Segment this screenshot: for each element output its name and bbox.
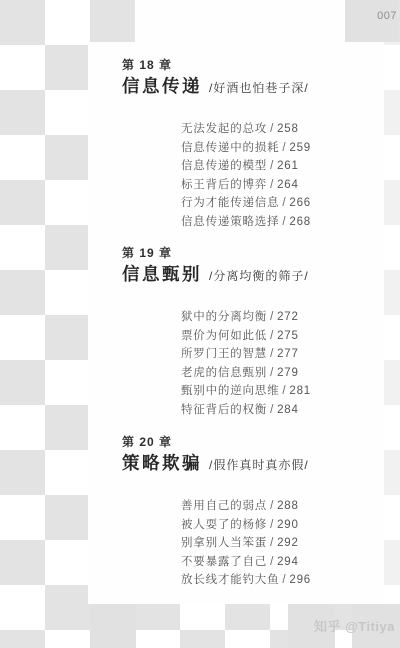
checker-square xyxy=(90,604,136,648)
toc-item-separator: / xyxy=(270,311,274,323)
toc-item: 狱中的分离均衡/272 xyxy=(181,308,311,327)
toc-item-title: 无法发起的总攻 xyxy=(181,123,267,135)
toc-item: 善用自己的弱点/288 xyxy=(181,497,311,516)
toc-item: 甄别中的逆向思维/281 xyxy=(181,382,311,401)
toc-item-title: 放长线才能钓大鱼 xyxy=(181,574,279,586)
toc-item-separator: / xyxy=(282,197,286,209)
toc-item-separator: / xyxy=(270,537,274,549)
chapter-subtitle: /分离均衡的筛子/ xyxy=(209,269,309,283)
toc-item: 票价为何如此低/275 xyxy=(181,327,311,346)
toc-item: 无法发起的总攻/258 xyxy=(181,120,311,139)
chapter-title: 信息传递 xyxy=(122,76,202,96)
watermark: 知乎 @Titiya xyxy=(314,616,395,635)
toc-item-page: 290 xyxy=(277,519,299,531)
toc-item-title: 行为才能传递信息 xyxy=(181,197,279,209)
toc-item-page: 258 xyxy=(277,123,299,135)
toc-item-separator: / xyxy=(270,160,274,172)
toc-item-page: 268 xyxy=(289,216,311,228)
toc-item-page: 288 xyxy=(277,500,299,512)
toc-item: 行为才能传递信息/266 xyxy=(181,194,311,213)
toc-item-separator: / xyxy=(282,142,286,154)
toc-item-list: 善用自己的弱点/288 被人耍了的杨修/290 别拿别人当笨蛋/292 不要暴露… xyxy=(181,497,311,590)
toc-item-separator: / xyxy=(270,123,274,135)
toc-item-separator: / xyxy=(270,179,274,191)
page-number: 007 xyxy=(377,10,397,22)
toc-item: 被人耍了的杨修/290 xyxy=(181,516,311,535)
toc-item-title: 被人耍了的杨修 xyxy=(181,519,267,531)
toc-item-title: 特征背后的权衡 xyxy=(181,404,267,416)
toc-item: 标王背后的博弈/264 xyxy=(181,176,311,195)
chapter-number: 第 20 章 xyxy=(122,435,311,449)
chapter-number: 第 18 章 xyxy=(122,58,311,72)
chapter-title-row: 策略欺骗/假作真时真亦假/ xyxy=(122,452,311,476)
toc-item: 信息传递的模型/261 xyxy=(181,157,311,176)
toc-item-title: 不要暴露了自己 xyxy=(181,556,267,568)
toc-item-title: 狱中的分离均衡 xyxy=(181,311,267,323)
right-edge-fade xyxy=(384,42,400,604)
toc-item: 特征背后的权衡/284 xyxy=(181,401,311,420)
toc-item-separator: / xyxy=(282,574,286,586)
toc-item-separator: / xyxy=(270,348,274,360)
toc-item-page: 266 xyxy=(289,197,311,209)
toc-item-title: 别拿别人当笨蛋 xyxy=(181,537,267,549)
toc-item-title: 善用自己的弱点 xyxy=(181,500,267,512)
toc-item-separator: / xyxy=(270,556,274,568)
toc-item-page: 281 xyxy=(289,385,311,397)
toc-item: 不要暴露了自己/294 xyxy=(181,553,311,572)
toc-item: 放长线才能钓大鱼/296 xyxy=(181,571,311,590)
toc-item-title: 所罗门王的智慧 xyxy=(181,348,267,360)
toc-item: 信息传递中的损耗/259 xyxy=(181,139,311,158)
toc-item-page: 284 xyxy=(277,404,299,416)
toc-item-title: 票价为何如此低 xyxy=(181,330,267,342)
toc-item-page: 292 xyxy=(277,537,299,549)
toc-item-separator: / xyxy=(270,330,274,342)
toc-item-separator: / xyxy=(282,385,286,397)
chapter-title-row: 信息甄别/分离均衡的筛子/ xyxy=(122,263,311,287)
chapter-section-20: 第 20 章 策略欺骗/假作真时真亦假/ 善用自己的弱点/288 被人耍了的杨修… xyxy=(122,435,311,590)
toc-item-title: 信息传递中的损耗 xyxy=(181,142,279,154)
toc-item-page: 264 xyxy=(277,179,299,191)
toc-item-page: 275 xyxy=(277,330,299,342)
toc-item: 老虎的信息甄别/279 xyxy=(181,364,311,383)
toc-item-page: 279 xyxy=(277,367,299,379)
toc-item: 别拿别人当笨蛋/292 xyxy=(181,534,311,553)
toc-item-page: 277 xyxy=(277,348,299,360)
toc-item-list: 狱中的分离均衡/272 票价为何如此低/275 所罗门王的智慧/277 老虎的信… xyxy=(181,308,311,420)
toc-item-page: 261 xyxy=(277,160,299,172)
toc-item-list: 无法发起的总攻/258 信息传递中的损耗/259 信息传递的模型/261 标王背… xyxy=(181,120,311,232)
chapter-subtitle: /好酒也怕巷子深/ xyxy=(209,81,309,95)
toc-item-title: 老虎的信息甄别 xyxy=(181,367,267,379)
chapter-number: 第 19 章 xyxy=(122,246,311,260)
toc-item-title: 信息传递策略选择 xyxy=(181,216,279,228)
toc-item-separator: / xyxy=(270,404,274,416)
chapter-title: 策略欺骗 xyxy=(122,453,202,473)
toc-item-page: 272 xyxy=(277,311,299,323)
toc-item-title: 信息传递的模型 xyxy=(181,160,267,172)
toc-item-page: 296 xyxy=(289,574,311,586)
toc-item: 信息传递策略选择/268 xyxy=(181,213,311,232)
toc-item-page: 259 xyxy=(289,142,311,154)
toc-item-title: 标王背后的博弈 xyxy=(181,179,267,191)
toc-item-title: 甄别中的逆向思维 xyxy=(181,385,279,397)
chapter-section-19: 第 19 章 信息甄别/分离均衡的筛子/ 狱中的分离均衡/272 票价为何如此低… xyxy=(122,246,311,420)
chapter-title: 信息甄别 xyxy=(122,264,202,284)
toc-item-separator: / xyxy=(270,500,274,512)
toc-item-separator: / xyxy=(282,216,286,228)
toc-item-separator: / xyxy=(270,519,274,531)
chapter-subtitle: /假作真时真亦假/ xyxy=(209,458,309,472)
toc-item: 所罗门王的智慧/277 xyxy=(181,345,311,364)
toc-item-separator: / xyxy=(270,367,274,379)
book-toc-page: 007 第 18 章 信息传递/好酒也怕巷子深/ 无法发起的总攻/258 信息传… xyxy=(0,0,400,648)
toc-item-page: 294 xyxy=(277,556,299,568)
chapter-title-row: 信息传递/好酒也怕巷子深/ xyxy=(122,75,311,99)
chapter-section-18: 第 18 章 信息传递/好酒也怕巷子深/ 无法发起的总攻/258 信息传递中的损… xyxy=(122,58,311,232)
